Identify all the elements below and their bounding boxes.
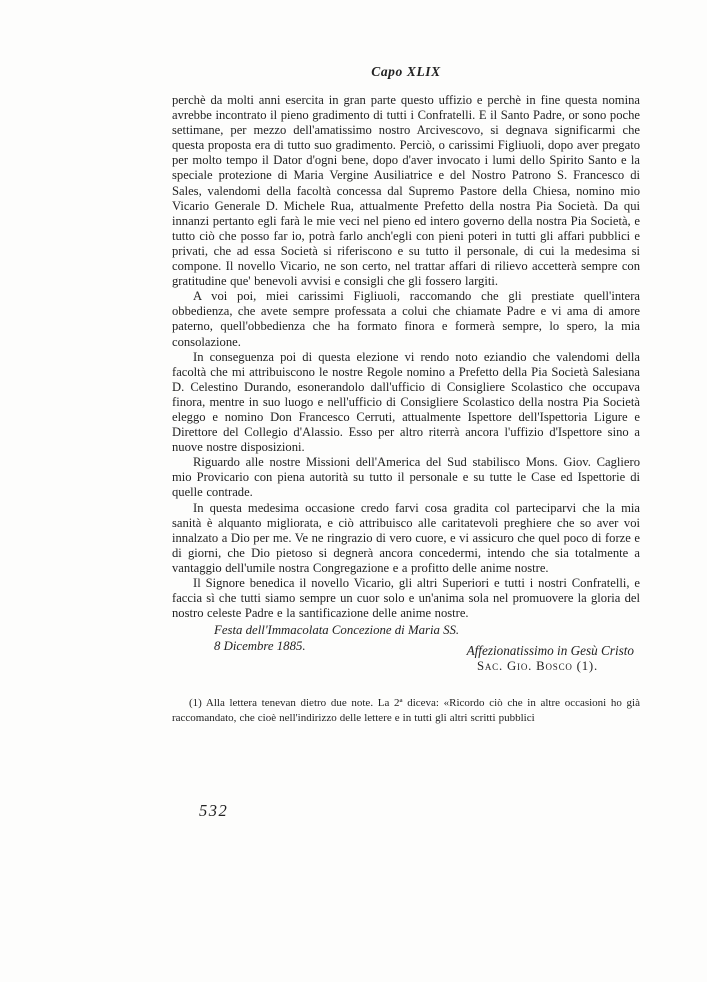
page-number: 532 (199, 801, 228, 821)
letter-paragraph: In conseguenza poi di questa elezione vi… (172, 350, 640, 456)
dateline-line: Festa dell'Immacolata Concezione di Mari… (214, 623, 640, 639)
text-column: Capo XLIX perchè da molti anni esercita … (172, 64, 640, 725)
footnote: (1) Alla lettera tenevan dietro due note… (172, 696, 640, 725)
chapter-heading: Capo XLIX (172, 64, 640, 80)
letter-paragraph: Il Signore benedica il novello Vicario, … (172, 576, 640, 621)
signature: Sac. Gio. Bosco (1). (172, 658, 640, 675)
letter-paragraph: A voi poi, miei carissimi Figliuoli, rac… (172, 289, 640, 349)
letter-paragraph: Riguardo alle nostre Missioni dell'Ameri… (172, 455, 640, 500)
letter-paragraph: In questa medesima occasione credo farvi… (172, 501, 640, 576)
letter-paragraph: perchè da molti anni esercita in gran pa… (172, 93, 640, 289)
book-page: Capo XLIX perchè da molti anni esercita … (0, 0, 707, 982)
letter-body: perchè da molti anni esercita in gran pa… (172, 93, 640, 621)
